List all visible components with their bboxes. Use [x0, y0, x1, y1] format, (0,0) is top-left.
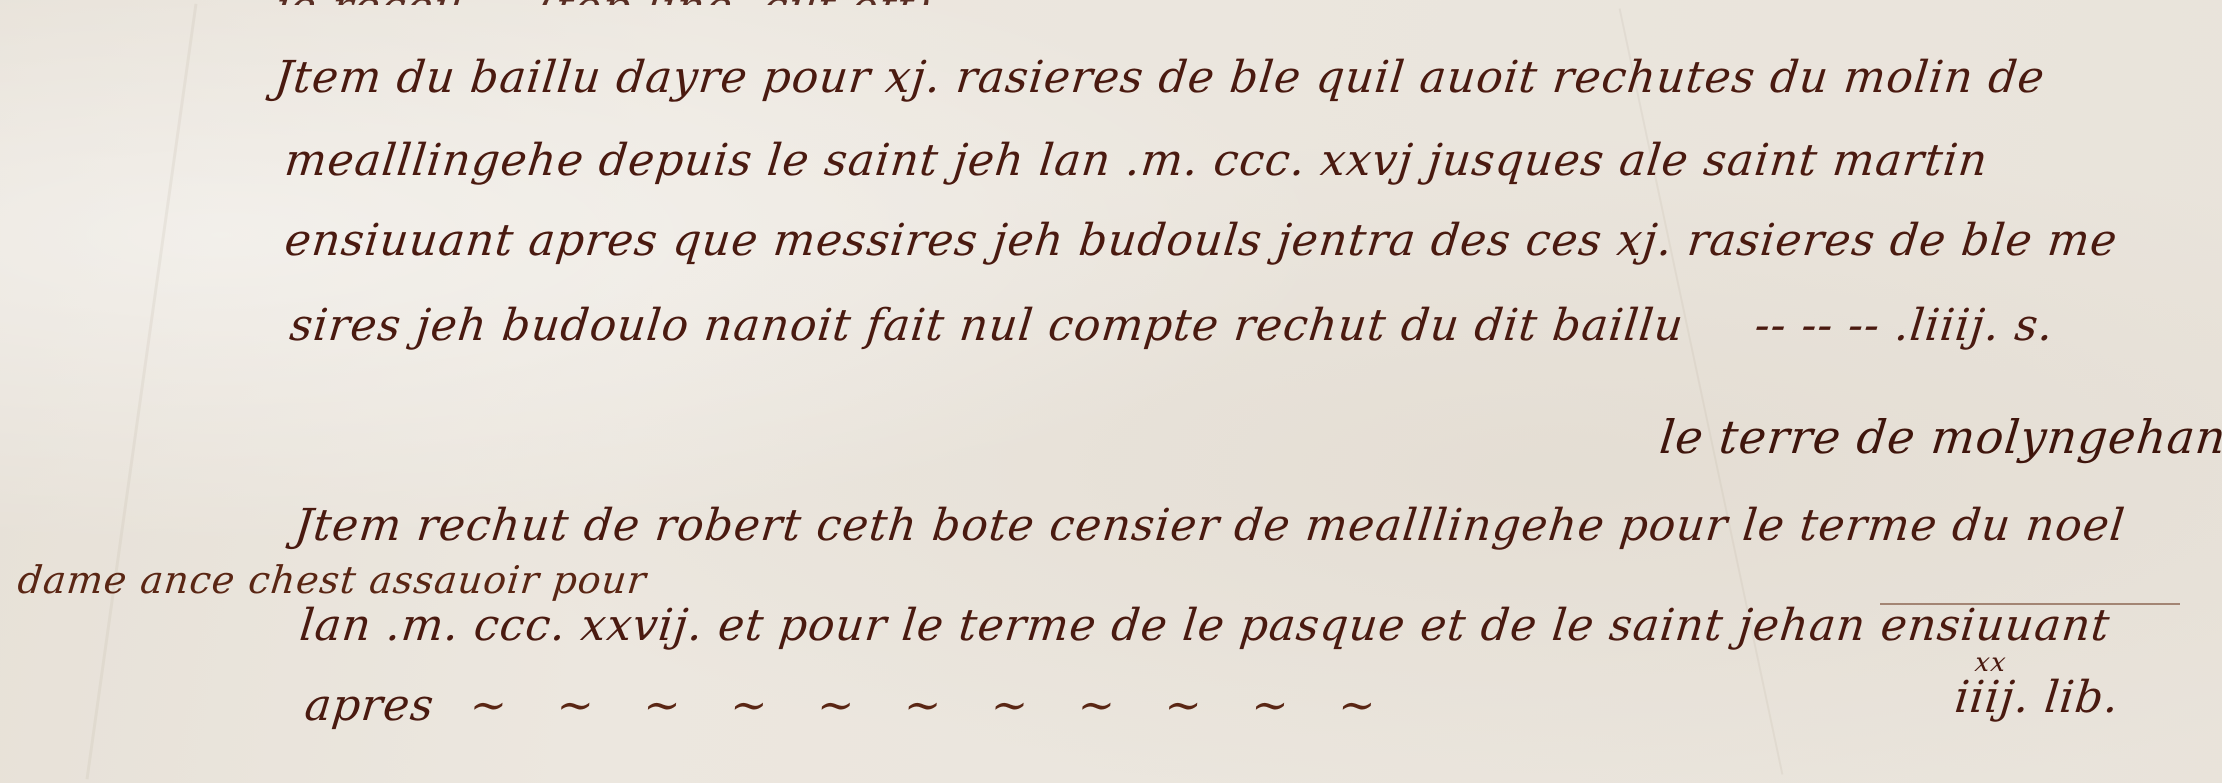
- manuscript-line-3: ensiuuant apres que messires jeh budouls…: [282, 215, 2120, 266]
- manuscript-line-6: Jtem rechut de robert ceth bote censier …: [292, 500, 2127, 551]
- manuscript-line-1: Jtem du baillu dayre pour xj. rasieres d…: [272, 52, 2047, 103]
- margin-note: dame ance chest assauoir pour: [16, 558, 649, 602]
- amount-line-8: iiij. lib.: [1952, 672, 2122, 723]
- amount-line-4: -- -- -- .liiij. s.: [1752, 300, 2056, 351]
- parchment-crease: [86, 4, 198, 780]
- manuscript-line-8: apres: [302, 680, 436, 731]
- manuscript-line-7: lan .m. ccc. xxvij. et pour le terme de …: [297, 600, 2112, 651]
- manuscript-page: je receu ... (top line, cut off) Jtem du…: [0, 0, 2222, 783]
- section-heading: le terre de molyngehan: [1657, 410, 2222, 464]
- line-filler-dashes: ~ ~ ~ ~ ~ ~ ~ ~ ~ ~ ~: [467, 680, 1396, 731]
- parchment-crease: [1619, 8, 1784, 774]
- manuscript-line-partial: je receu ... (top line, cut off): [272, 0, 934, 33]
- manuscript-line-2: mealllingehe depuis le saint jeh lan .m.…: [282, 135, 1990, 186]
- manuscript-line-4: sires jeh budoulo nanoit fait nul compte…: [287, 300, 1686, 351]
- line-filler-rule: [1880, 603, 2180, 605]
